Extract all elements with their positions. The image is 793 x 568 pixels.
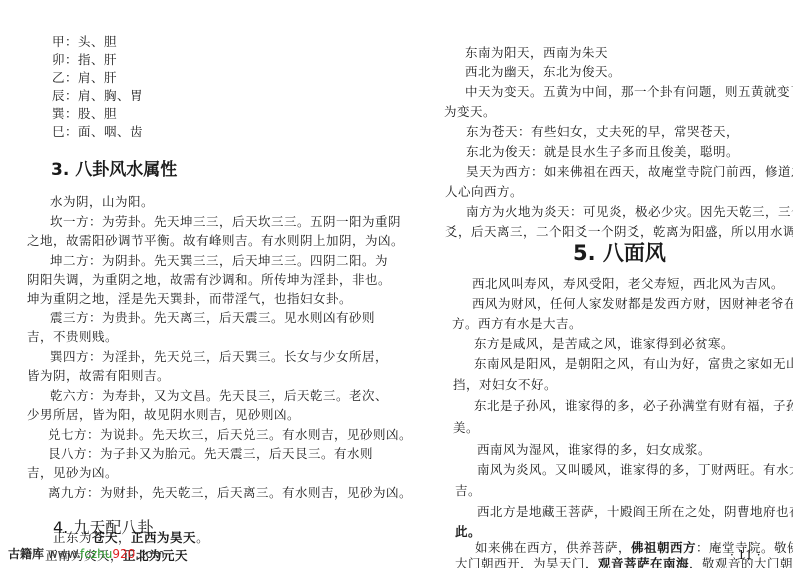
paragraph-line: 东北是子孙风，谁家得的多，必子孙满堂有财有福，子孙俊 bbox=[474, 398, 793, 414]
page-number: · 11 · bbox=[730, 548, 761, 562]
paragraph-line: 兑七方：为说卦。先天坎三，后天兑三。有水则吉，见砂则凶。 bbox=[48, 427, 412, 443]
body-part-line: 巽：股、胆 bbox=[52, 106, 117, 122]
paragraph-line: 坤为重阴之地，淫是先天巽卦，而带淫气，也指妇女卦。 bbox=[27, 291, 352, 307]
paragraph-line: 吉，见砂为凶。 bbox=[27, 465, 118, 481]
paragraph-line: 之地，故需阳砂调节平衡。故有峰则吉。有水则阴上加阴，为凶。 bbox=[27, 233, 404, 249]
paragraph-line: 艮八方：为子卦又为胎元。先天震三，后天艮三。有水则 bbox=[48, 446, 373, 462]
watermark-url-red: 920 bbox=[112, 547, 135, 561]
paragraph-line: 美。 bbox=[453, 420, 479, 436]
paragraph-line: 中天为变天。五黄为中间，那一个卦有问题，则五黄就变了 bbox=[465, 84, 793, 100]
body-part-line: 卯：指、肝 bbox=[52, 52, 117, 68]
body-part-line: 甲：头、胆 bbox=[52, 34, 117, 50]
text-span: 正东为 bbox=[53, 530, 92, 545]
paragraph-line: 皆为阴，故需有阳则吉。 bbox=[27, 368, 170, 384]
paragraph-line: 西北为幽天，东北为俊天。 bbox=[465, 64, 621, 80]
paragraph-line: 坤二方：为阴卦。先天巽三三，后天坤三三。四阴二阳。为 bbox=[50, 253, 388, 269]
left-page: 甲：头、胆 卯：指、肝 乙：肩、肝 辰：肩、胸、胃 巽：股、胆 巳：面、咽、齿 … bbox=[0, 0, 400, 568]
paragraph-line: 西风为财风，任何人家发财都是发西方财，因财神老爷在西 bbox=[472, 296, 793, 312]
paragraph-line: 南方为火地为炎天：可见炎，极必少灾。因先天乾三，三个阳 bbox=[466, 204, 793, 220]
paragraph-line: 人心向西方。 bbox=[445, 184, 523, 200]
body-part-line: 乙：肩、肝 bbox=[52, 70, 117, 86]
paragraph-line: 吉，不贵则贱。 bbox=[27, 329, 118, 345]
paragraph-line: 巽四方：为淫卦，先天兑三，后天巽三。长女与少女所居， bbox=[50, 349, 388, 365]
paragraph-line: 乾六方：为寿卦，又为文昌。先天艮三，后天乾三。老次、 bbox=[50, 388, 388, 404]
paragraph-line: 南风为炎风。又叫暖风，谁家得的多，丁财两旺。有水大 bbox=[477, 462, 793, 478]
paragraph-line: 东方是咸风，是苦咸之风，谁家得到必贫寒。 bbox=[474, 336, 734, 352]
text-span: 苍天 bbox=[92, 530, 118, 545]
paragraph-line: 昊天为西方：如来佛祖在西天，故庵堂寺院门前西，修道之 bbox=[466, 164, 793, 180]
body-part-line: 辰：肩、胸、胃 bbox=[52, 88, 143, 104]
paragraph-line: 此。 bbox=[455, 524, 481, 540]
watermark-url-green: fczhu bbox=[80, 547, 112, 561]
watermark-url-suffix: .com bbox=[135, 547, 164, 561]
paragraph-line: 东南风是阳风，是朝阳之风，有山为好，富贵之家如无山 bbox=[474, 356, 793, 372]
text-span: 大门朝西开，为昊天门， bbox=[455, 556, 598, 568]
paragraph-line: 西南风为湿风，谁家得的多，妇女成浆。 bbox=[477, 442, 711, 458]
watermark: 古籍库 www.fczhu920.com bbox=[8, 545, 165, 562]
body-part-line: 巳：面、咽、齿 bbox=[52, 124, 143, 140]
paragraph-line: 阴阳失调，为重阴之地，故需有沙调和。所传坤为淫卦，非也。 bbox=[27, 272, 391, 288]
paragraph-line: 正东为苍天，正西为昊天。 bbox=[53, 530, 209, 546]
paragraph-line: 东为苍天：有些妇女，丈夫死的早，常哭苍天， bbox=[466, 124, 739, 140]
text-span: ， bbox=[118, 530, 131, 545]
paragraph-line: 坎一方：为劳卦。先天坤三三，后天坎三三。五阴一阳为重阴 bbox=[50, 214, 401, 230]
paragraph-line: 水为阴，山为阳。 bbox=[50, 194, 154, 210]
watermark-url-prefix: www. bbox=[48, 547, 80, 561]
paragraph-line: 西北风叫寿风，寿风受阳，老父寿短，西北风为吉风。 bbox=[472, 276, 784, 292]
paragraph-line: 震三方：为贵卦。先天离三，后天震三。见水则凶有砂则 bbox=[50, 310, 375, 326]
text-span: 正西为昊天 bbox=[131, 530, 196, 545]
text-span: 。 bbox=[196, 530, 209, 545]
paragraph-line: 西北方是地藏王菩萨，十殿阎王所在之处，阴曹地府也在 bbox=[477, 504, 793, 520]
paragraph-line: 方。西方有水是大吉。 bbox=[452, 316, 582, 332]
paragraph-line: 为变天。 bbox=[444, 104, 496, 120]
paragraph-line: 挡，对妇女不好。 bbox=[453, 377, 557, 393]
paragraph-line: 东南为阳天，西南为朱天 bbox=[465, 45, 608, 61]
paragraph-line: 吉。 bbox=[455, 483, 481, 499]
watermark-label: 古籍库 bbox=[8, 547, 44, 561]
paragraph-line: 离九方：为财卦，先天乾三，后天离三。有水则吉，见砂为凶。 bbox=[48, 485, 412, 501]
paragraph-line: 东北为俊天：就是艮水生子多而且俊美，聪明。 bbox=[466, 144, 739, 160]
right-page: 东南为阳天，西南为朱天 西北为幽天，东北为俊天。 中天为变天。五黄为中间，那一个… bbox=[400, 0, 793, 568]
section-3-heading: 3. 八卦风水属性 bbox=[51, 155, 177, 180]
text-span: 如来佛在西方，供养菩萨， bbox=[475, 540, 631, 555]
text-span: 佛祖朝西方 bbox=[631, 540, 696, 555]
paragraph-line: 少男所居，皆为阳，故见阴水则吉，见砂则凶。 bbox=[27, 407, 300, 423]
section-5-heading: 5. 八面风 bbox=[573, 237, 666, 267]
text-span: 观音菩萨在南海 bbox=[598, 556, 689, 568]
